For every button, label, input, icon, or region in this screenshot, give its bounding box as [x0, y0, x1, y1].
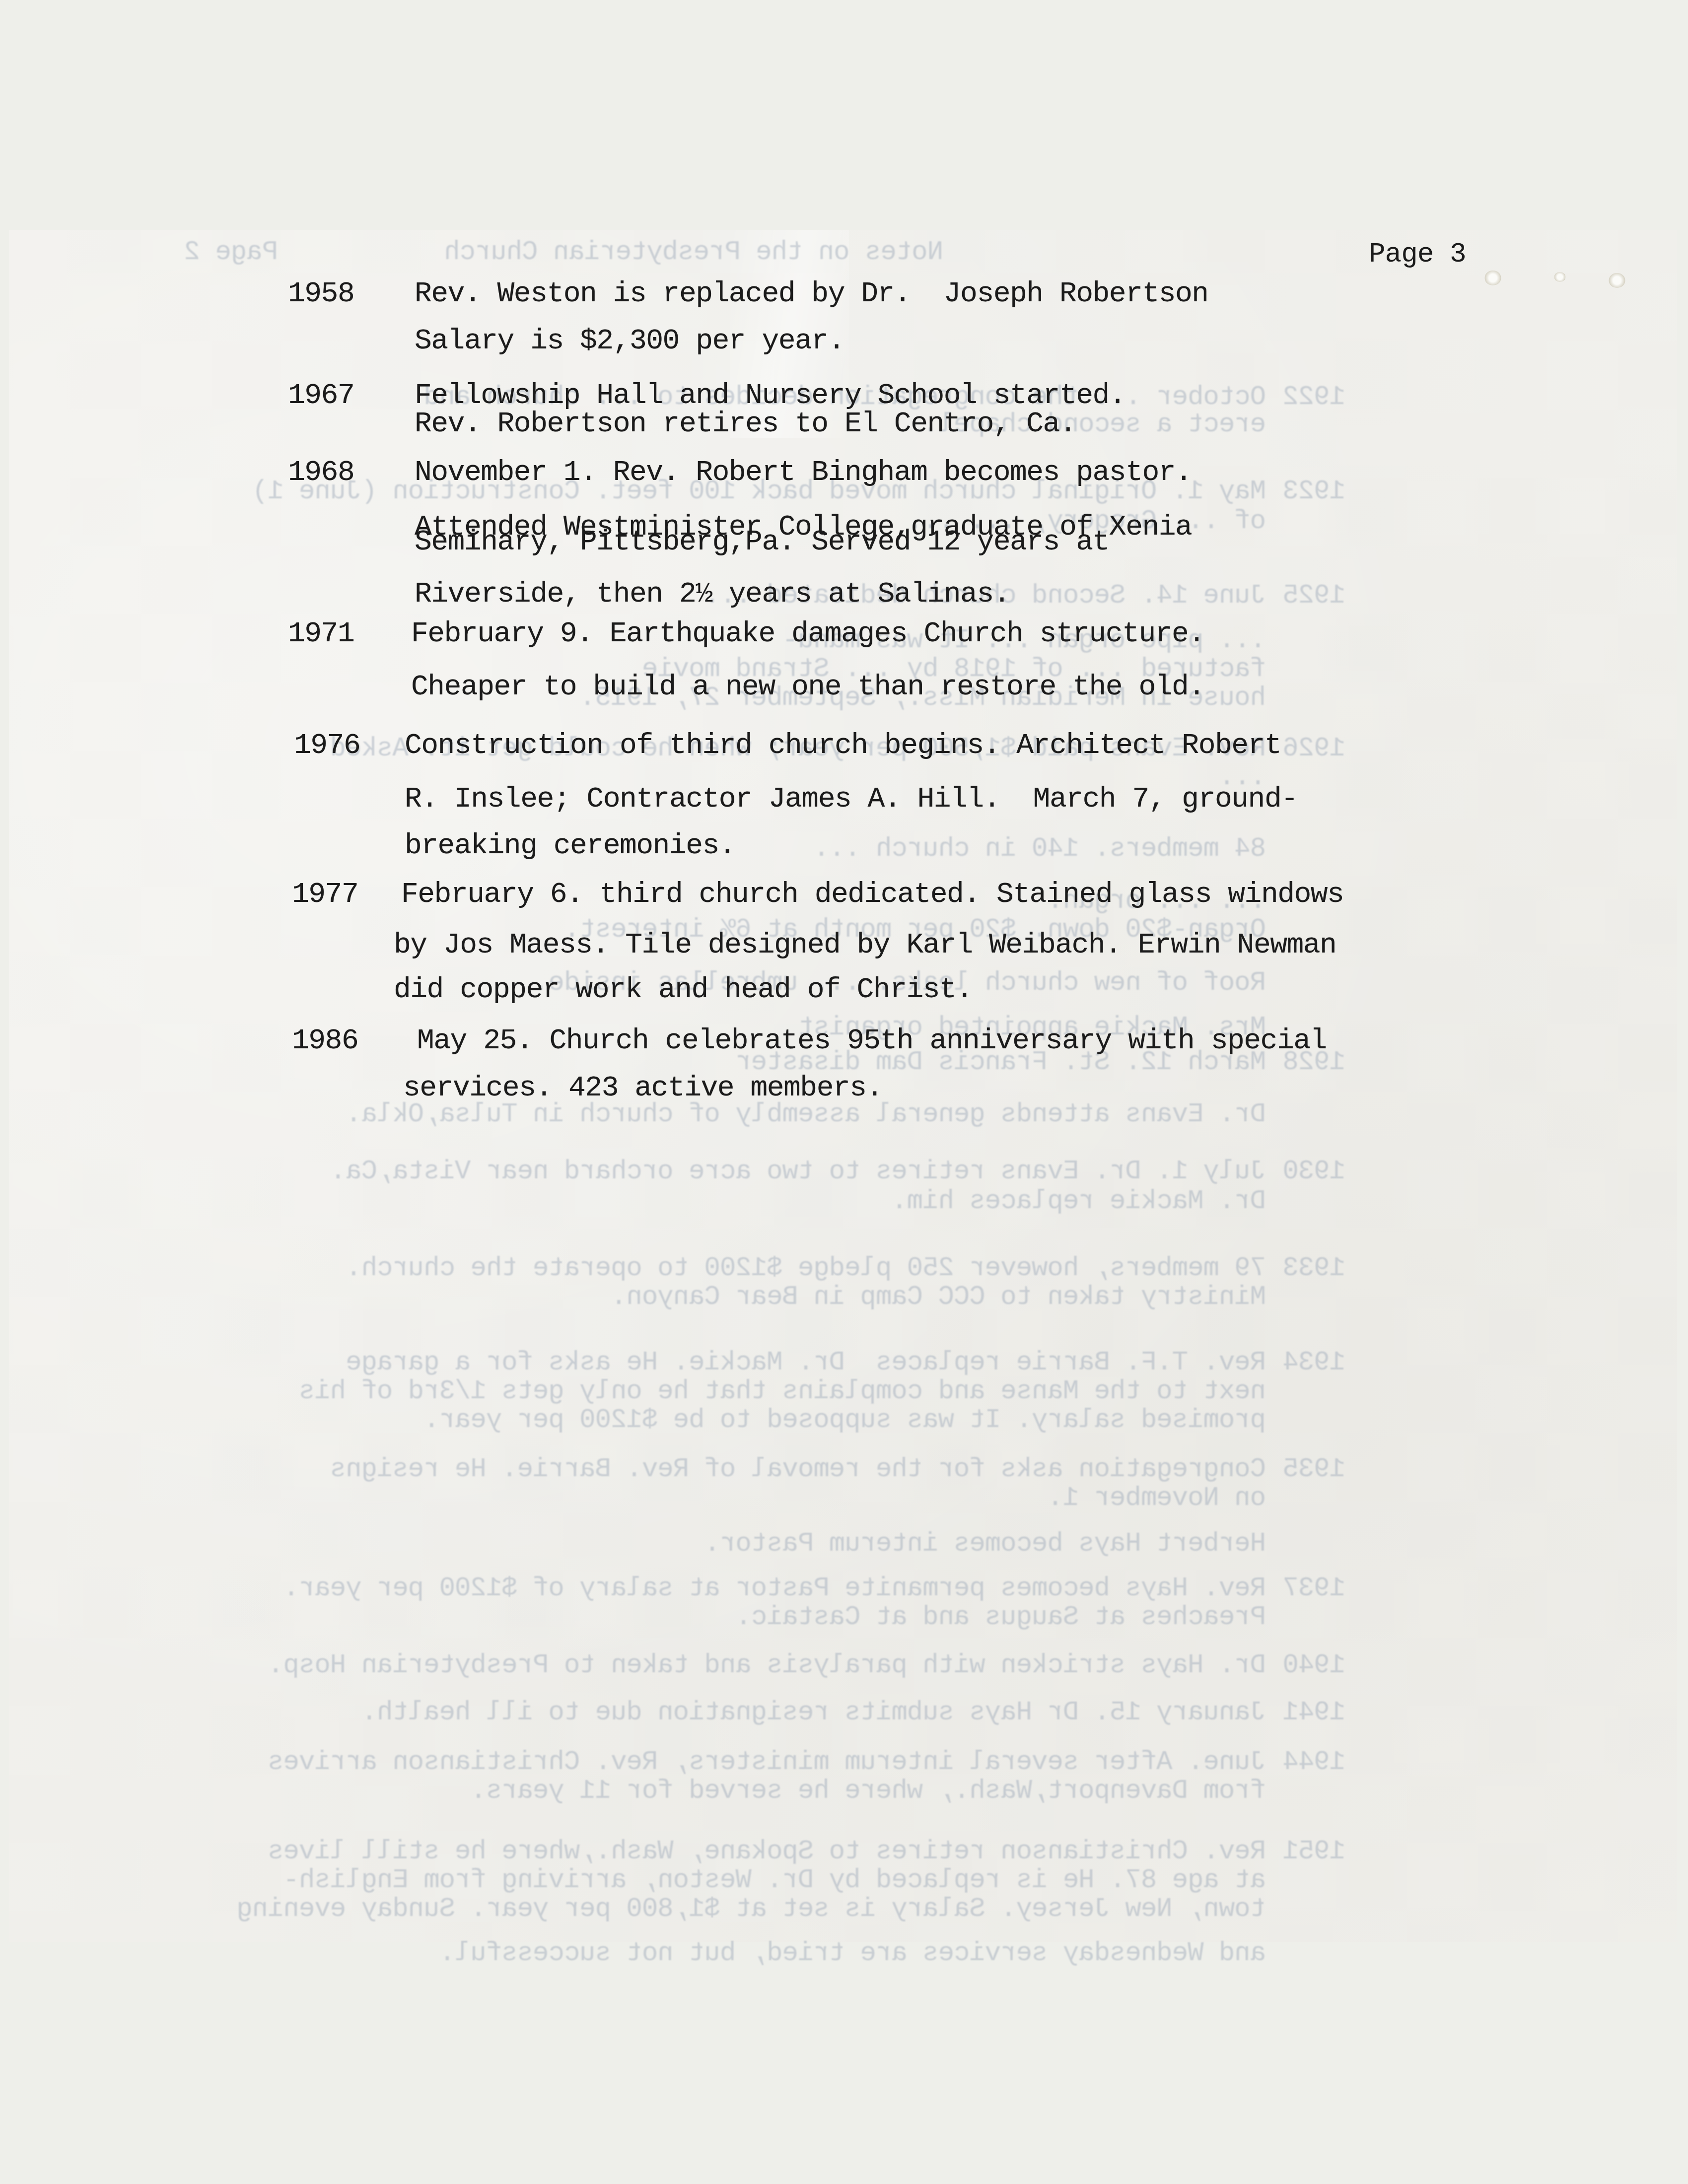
staple-hole — [1484, 271, 1501, 285]
entry-year: 1958 — [288, 278, 354, 310]
entry-year: 1968 — [288, 457, 354, 489]
entry-text-line: November 1. Rev. Robert Bingham becomes … — [415, 457, 1192, 489]
entry-text-line: Construction of third church begins. Arc… — [405, 730, 1281, 762]
entry-year: 1976 — [294, 730, 360, 762]
entry-text-line: by Jos Maess. Tile designed by Karl Weib… — [394, 929, 1336, 961]
entry-text-line: February 9. Earthquake damages Church st… — [411, 618, 1205, 650]
entry-text-line: Rev. Weston is replaced by Dr. Joseph Ro… — [415, 278, 1208, 310]
entry-year: 1977 — [292, 879, 358, 911]
staple-hole — [1609, 273, 1625, 288]
entry-text-line: R. Inslee; Contractor James A. Hill. Mar… — [405, 783, 1298, 816]
entry-text-line: Seminary, Pittsberg,Pa. Served 12 years … — [415, 526, 1109, 558]
entry-text-line: Riverside, then 2½ years at Salinas. — [415, 578, 1010, 611]
entry-text-line: breaking ceremonies. — [405, 830, 735, 862]
entry-year: 1986 — [292, 1025, 358, 1057]
entry-text-line: Rev. Robertson retires to El Centro, Ca. — [415, 408, 1076, 440]
entry-text-line: services. 423 active members. — [403, 1072, 883, 1104]
entry-year: 1967 — [288, 380, 354, 412]
staple-hole — [1554, 272, 1566, 282]
entry-text-line: Fellowship Hall and Nursery School start… — [415, 380, 1125, 412]
document-body: Page 3 1958Rev. Weston is replaced by Dr… — [0, 0, 1688, 2184]
page-number: Page 3 — [1369, 238, 1466, 270]
entry-text-line: May 25. Church celebrates 95th anniversa… — [417, 1025, 1327, 1057]
entry-text-line: Salary is $2,300 per year. — [415, 325, 844, 357]
entry-text-line: did copper work and head of Christ. — [394, 974, 973, 1006]
entry-text-line: February 6. third church dedicated. Stai… — [401, 879, 1343, 911]
entry-text-line: Cheaper to build a new one than restore … — [411, 671, 1205, 703]
entry-year: 1971 — [288, 618, 354, 650]
